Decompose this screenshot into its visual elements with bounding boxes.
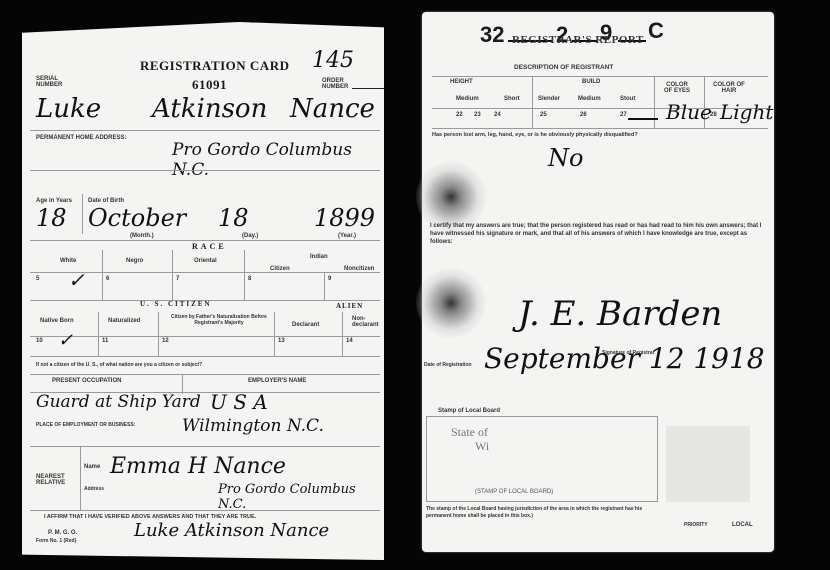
build-col-medium: Medium (578, 96, 601, 102)
race-white-mark: ✓ (68, 268, 85, 292)
native-born-mark: ✓ (58, 330, 73, 351)
relative-address-label: Address (84, 486, 104, 492)
citizen-num: 11 (102, 338, 108, 344)
occupation-value: Guard at Ship Yard (36, 392, 201, 412)
footer-right: LOCAL (732, 522, 753, 528)
age-value: 18 (36, 204, 67, 232)
build-label: BUILD (582, 79, 600, 85)
relative-name: Emma H Nance (110, 454, 286, 479)
birth-day: 18 (218, 204, 249, 232)
race-col-negro: Negro (126, 258, 143, 264)
col-native-born: Native Born (40, 318, 82, 324)
height-col-medium: Medium (456, 96, 479, 102)
eye-color-label: COLOR OF EYES (662, 82, 692, 94)
hair-color-value: Light (720, 100, 773, 124)
form-id: P. M. G. O. (48, 530, 77, 536)
registrar-signature: J. E. Barden (518, 294, 722, 334)
name-middle: Atkinson (152, 94, 267, 124)
citizen-num: 14 (346, 338, 353, 344)
col-naturalized: Naturalized (108, 318, 168, 324)
col-num: 24 (494, 112, 501, 118)
stamp-code-part: 32 (480, 22, 504, 48)
registrar-report-title: REGISTRAR'S REPORT (512, 34, 644, 46)
col-num: 27 (620, 112, 627, 118)
relative-name-label: Name (84, 464, 100, 470)
employer-label: EMPLOYER'S NAME (248, 378, 306, 384)
race-num: 7 (176, 276, 179, 282)
occupation-label: PRESENT OCCUPATION (52, 378, 121, 384)
home-address: Pro Gordo Columbus N.C. (172, 140, 384, 180)
alien-label: ALIEN (336, 302, 363, 310)
race-num: 6 (106, 276, 109, 282)
build-col-stout: Stout (620, 96, 635, 102)
race-label: RACE (192, 242, 227, 251)
form-number: Form No. 1 (Red) (36, 538, 76, 544)
nation-question: If not a citizen of the U. S., of what n… (36, 362, 202, 368)
citizen-num: 12 (162, 338, 169, 344)
date-label: Date of Registration (424, 362, 472, 368)
birth-year: 1899 (314, 204, 375, 232)
col-non-declarant: Non-declarant (352, 316, 382, 328)
col-num: 25 (540, 112, 547, 118)
nearest-relative-label: NEAREST RELATIVE (36, 474, 80, 486)
hair-color-label: COLOR OF HAIR (712, 82, 746, 94)
race-num: 8 (248, 276, 251, 282)
disability-question: Has person lost arm, leg, hand, eye, or … (432, 132, 768, 138)
race-col-white: White (60, 258, 76, 264)
name-first: Luke (36, 94, 101, 124)
stamp-label: Stamp of Local Board (438, 408, 500, 414)
smudge-mark (416, 268, 486, 338)
employer-value: U S A (210, 390, 268, 414)
race-col-indian: Indian (310, 254, 328, 260)
registration-card-back: 32 2 9 C REGISTRAR'S REPORT DESCRIPTION … (422, 12, 774, 552)
order-label: ORDER NUMBER (322, 78, 352, 90)
home-address-label: PERMANENT HOME ADDRESS: (36, 135, 126, 141)
local-board-stamp-box: State of Wi (STAMP OF LOCAL BOARD) (426, 416, 658, 502)
col-num: 26 (580, 112, 587, 118)
build-col-slender: Slender (538, 96, 560, 102)
relative-address: Pro Gordo Columbus N.C. (218, 482, 384, 512)
race-col-oriental: Oriental (194, 258, 217, 264)
stamp-line-2: Wi (475, 439, 489, 454)
certify-text: I certify that my answers are true; that… (430, 222, 770, 246)
serial-label: SERIAL NUMBER (36, 76, 66, 88)
stamp-caption: (STAMP OF LOCAL BOARD) (475, 489, 553, 495)
card-number: 145 (312, 48, 354, 73)
col-num: 22 (456, 112, 463, 118)
race-num: 5 (36, 276, 39, 282)
board-note: The stamp of the Local Board having juri… (426, 506, 660, 520)
birth-month: October (88, 204, 186, 232)
citizen-num: 13 (278, 338, 285, 344)
registration-date: September 12 1918 (484, 342, 765, 375)
employment-place-label: PLACE OF EMPLOYMENT OR BUSINESS: (36, 422, 135, 428)
footer-left: PRIORITY (684, 522, 708, 528)
card-title: REGISTRATION CARD (140, 58, 289, 74)
eye-color-value: Blue (666, 100, 712, 124)
description-label: DESCRIPTION OF REGISTRANT (514, 64, 613, 71)
height-label: HEIGHT (450, 79, 473, 85)
registrant-signature: Luke Atkinson Nance (134, 520, 329, 541)
col-num: 23 (474, 112, 481, 118)
employment-place: Wilmington N.C. (182, 416, 324, 436)
day-label: (Day.) (242, 233, 258, 239)
col-citizen-by-father: Citizen by Father's Naturalization Befor… (164, 314, 274, 326)
name-last: Nance (290, 94, 375, 124)
blurred-region (666, 426, 750, 502)
disability-answer: No (548, 144, 583, 172)
serial-number: 61091 (192, 77, 227, 93)
race-num: 9 (328, 276, 331, 282)
citizen-num: 10 (36, 338, 43, 344)
citizen-label: U. S. CITIZEN (140, 300, 212, 308)
month-label: (Month.) (130, 233, 154, 239)
col-declarant: Declarant (292, 322, 319, 328)
height-col-short: Short (504, 96, 520, 102)
stamp-line-1: State of (451, 425, 488, 440)
year-label: (Year.) (338, 233, 356, 239)
registration-card-front: REGISTRATION CARD 145 SERIAL NUMBER 6109… (22, 22, 384, 560)
stamp-code-part: C (648, 18, 664, 44)
